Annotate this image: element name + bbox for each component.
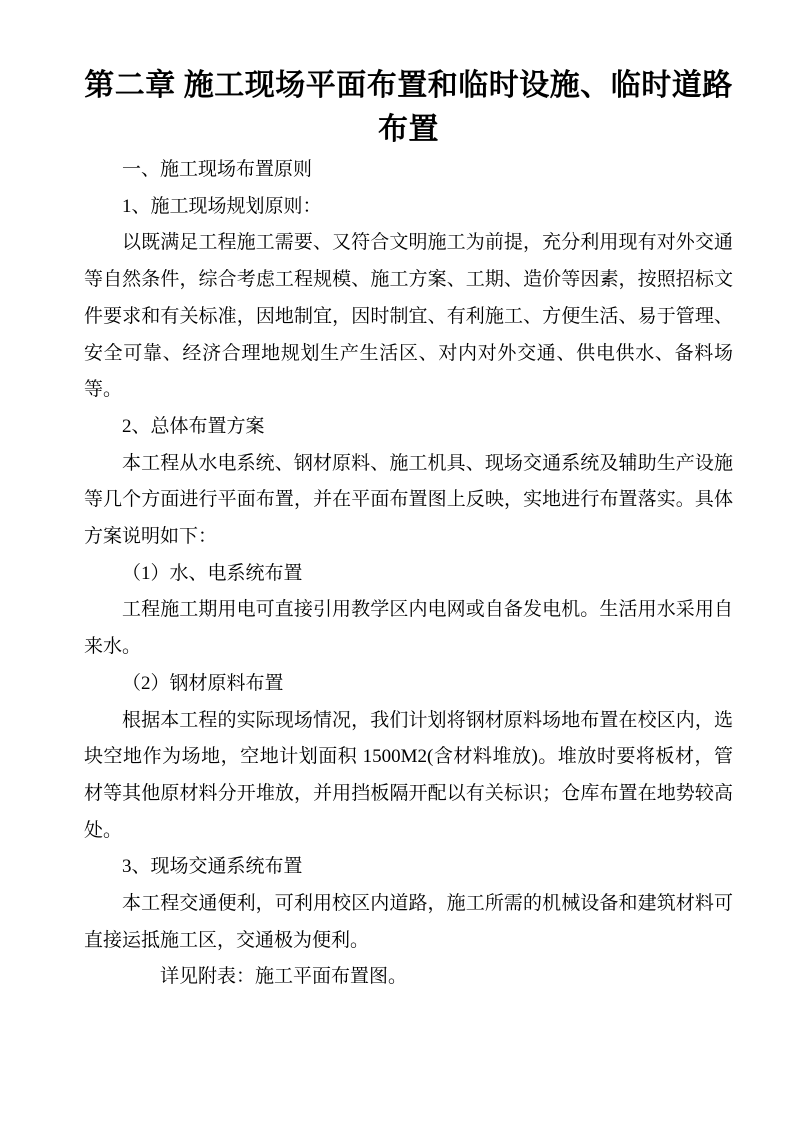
document-page: 第二章 施工现场平面布置和临时设施、临时道路 布置 一、施工现场布置原则 1、施… — [0, 0, 793, 1122]
paragraph-site-traffic-body: 本工程交通便利，可利用校区内道路，施工所需的机械设备和建筑材料可直接运抵施工区，… — [84, 886, 733, 959]
document-title: 第二章 施工现场平面布置和临时设施、临时道路 布置 — [84, 64, 733, 152]
paragraph-steel-material-body: 根据本工程的实际现场情况，我们计划将钢材原料场地布置在校区内，选块空地作为场地，… — [84, 703, 733, 850]
document-body: 一、施工现场布置原则 1、施工现场规划原则： 以既满足工程施工需要、又符合文明施… — [84, 152, 733, 996]
paragraph-planning-principles-body: 以既满足工程施工需要、又符合文明施工为前提，充分利用现有对外交通等自然条件，综合… — [84, 225, 733, 409]
title-line-2: 布置 — [84, 108, 733, 152]
paragraph-heading-steel-material-layout: （2）钢材原料布置 — [84, 666, 733, 703]
paragraph-heading-overall-layout-plan: 2、总体布置方案 — [84, 409, 733, 446]
paragraph-see-attached-plan: 详见附表：施工平面布置图。 — [84, 959, 733, 996]
paragraph-overall-layout-body: 本工程从水电系统、钢材原料、施工机具、现场交通系统及辅助生产设施等几个方面进行平… — [84, 446, 733, 556]
paragraph-heading-site-traffic-layout: 3、现场交通系统布置 — [84, 849, 733, 886]
paragraph-heading-water-electric-layout: （1）水、电系统布置 — [84, 556, 733, 593]
paragraph-heading-planning-principles: 1、施工现场规划原则： — [84, 189, 733, 226]
title-line-1: 第二章 施工现场平面布置和临时设施、临时道路 — [84, 64, 733, 108]
paragraph-water-electric-body: 工程施工期用电可直接引用教学区内电网或自备发电机。生活用水采用自来水。 — [84, 592, 733, 665]
paragraph-heading-site-layout-principles: 一、施工现场布置原则 — [84, 152, 733, 189]
